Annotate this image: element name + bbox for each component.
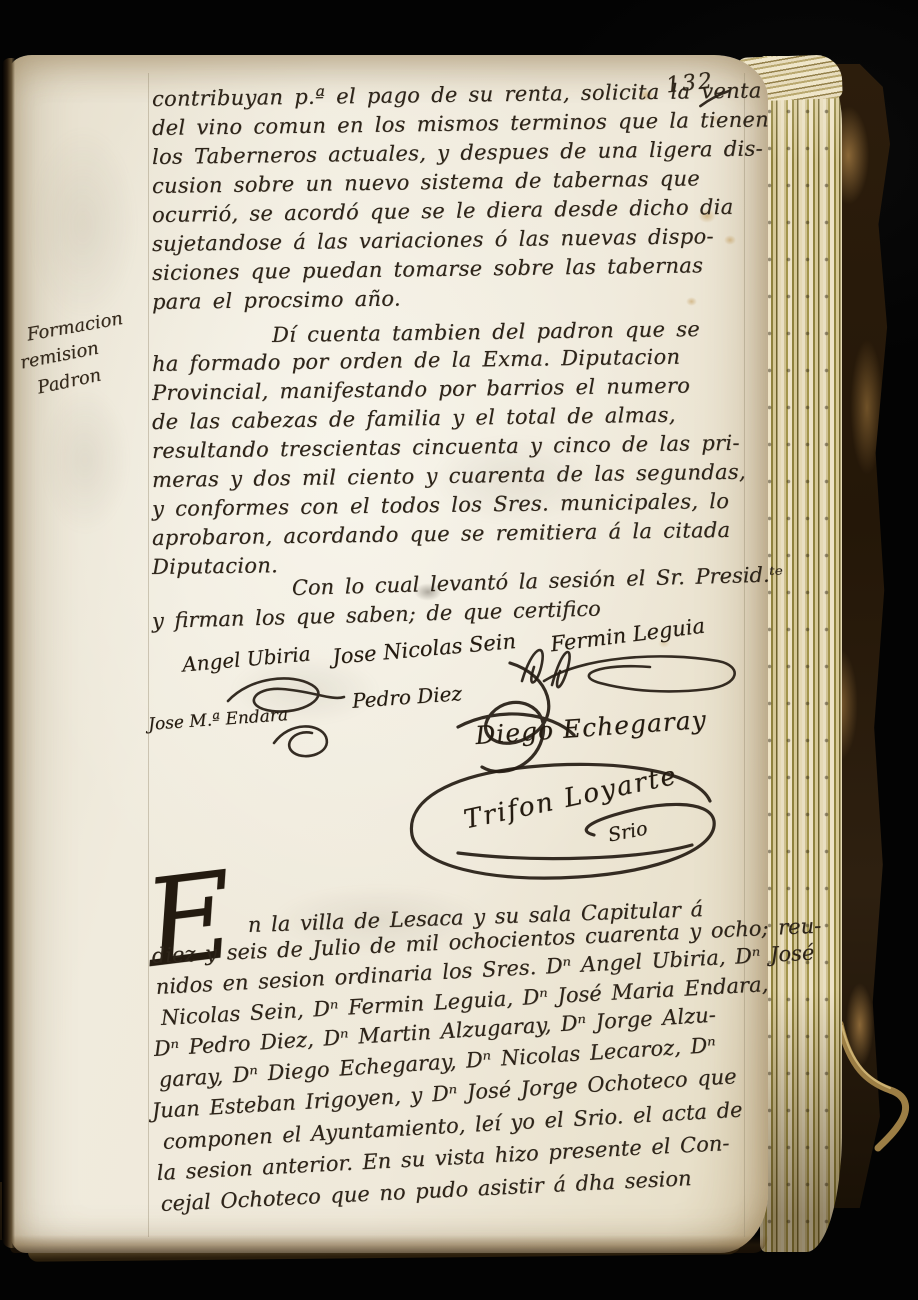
book-scan: 132 Formacion remision Padron contribuya… — [0, 0, 918, 1300]
signature-rubric-endara — [266, 717, 338, 765]
page-stack-fore-edge — [760, 56, 842, 1252]
signature-flourish-secretary — [398, 755, 734, 899]
left-margin-rule — [148, 73, 149, 1237]
binding-gutter — [2, 58, 15, 1248]
paragraph-padron: Dí cuenta tambien del padron que se ha f… — [152, 323, 752, 584]
margin-note: Formacion remision Padron — [14, 307, 153, 403]
paragraph-session-opening: n la villa de Lesaca y su sala Capitular… — [152, 913, 752, 1223]
paragraph-tavern: contribuyan p.ª el pago de su renta, sol… — [152, 87, 752, 319]
ink-showthrough — [28, 125, 138, 325]
manuscript-page: 132 Formacion remision Padron contribuya… — [10, 55, 768, 1253]
ink-showthrough — [40, 385, 130, 535]
